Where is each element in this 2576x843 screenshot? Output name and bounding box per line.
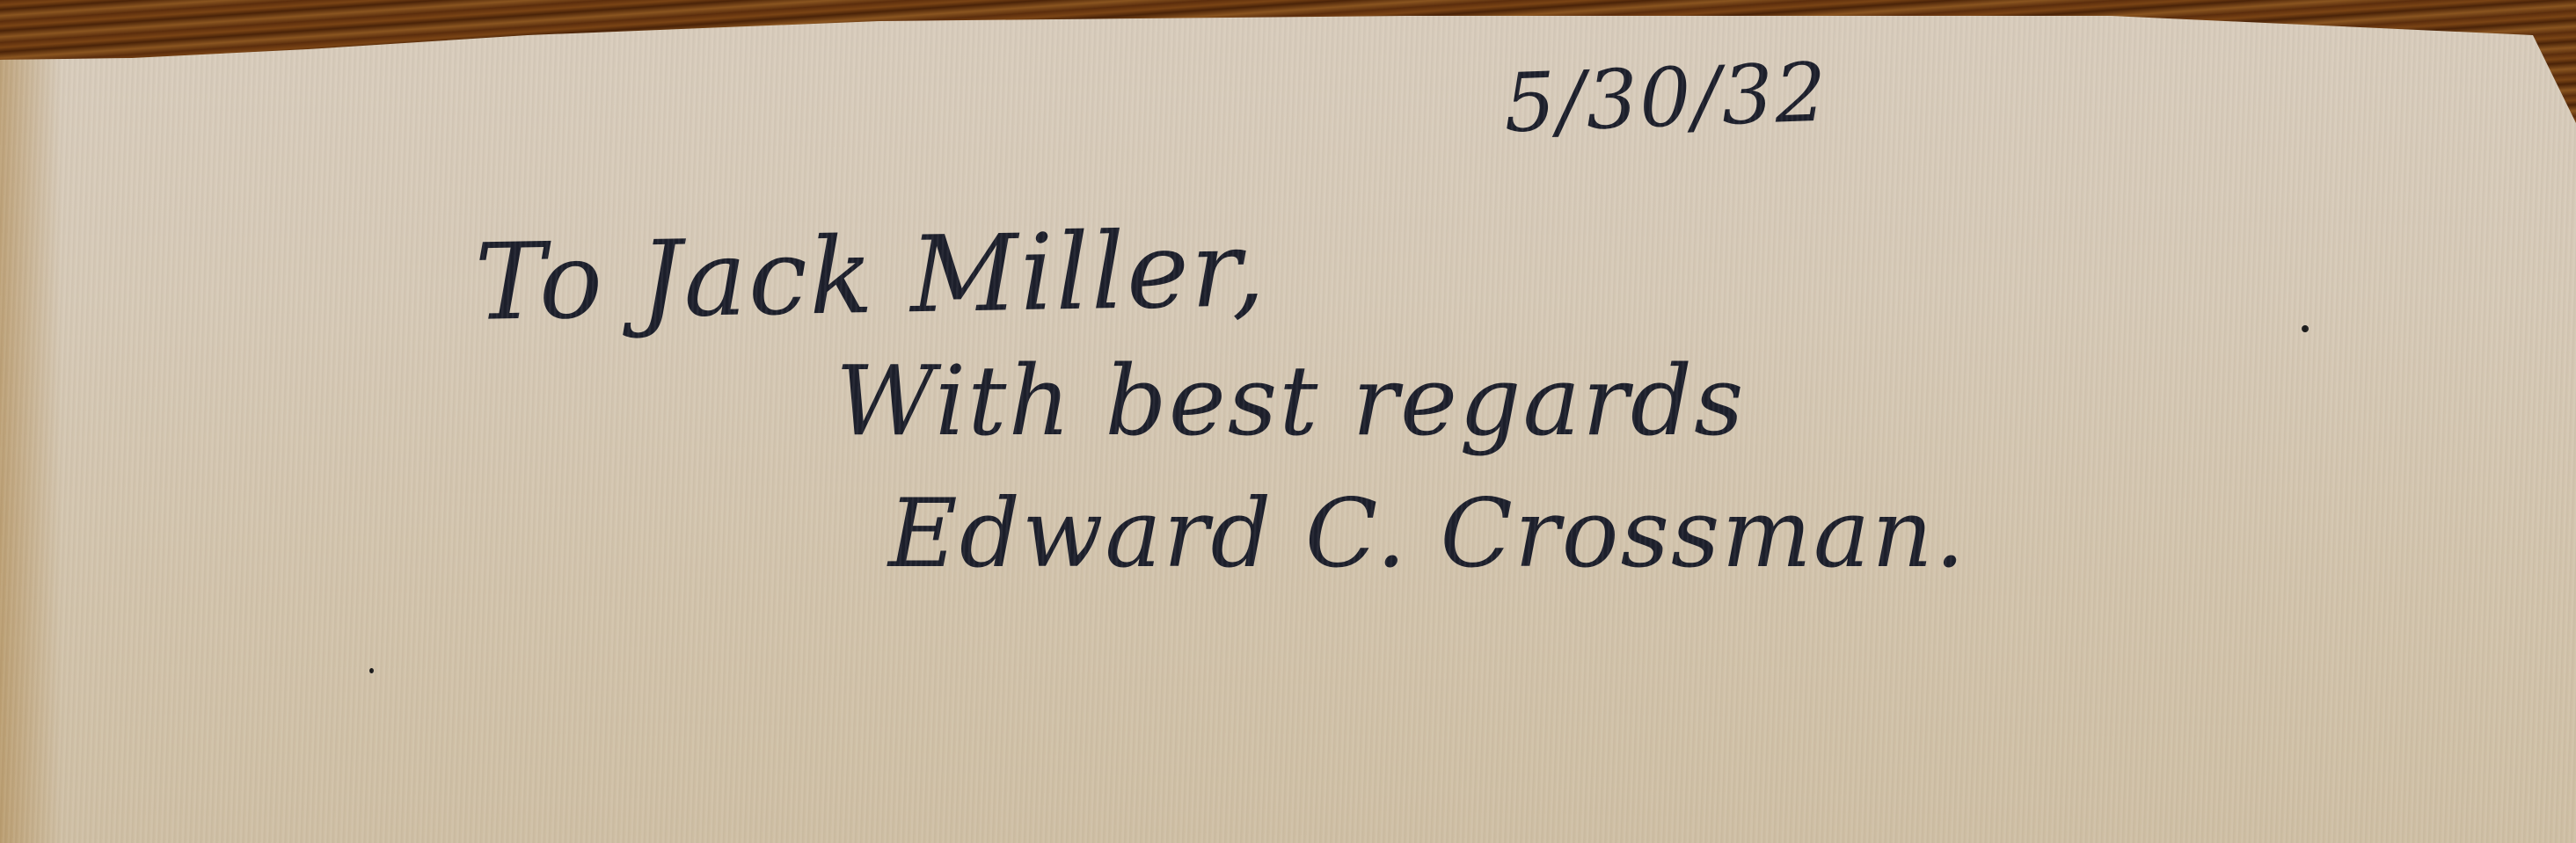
inscription-closing: With best regards (836, 345, 1746, 457)
book-endpaper: 5/30/32 To Jack Miller, With best regard… (0, 0, 2576, 843)
ink-speck (2302, 325, 2309, 332)
inscription-salutation: To Jack Miller, (474, 208, 1267, 345)
ink-speck (369, 668, 374, 673)
inscription-signature: Edward C. Crossman. (888, 479, 1967, 589)
inscription-date: 5/30/32 (1502, 46, 1829, 151)
